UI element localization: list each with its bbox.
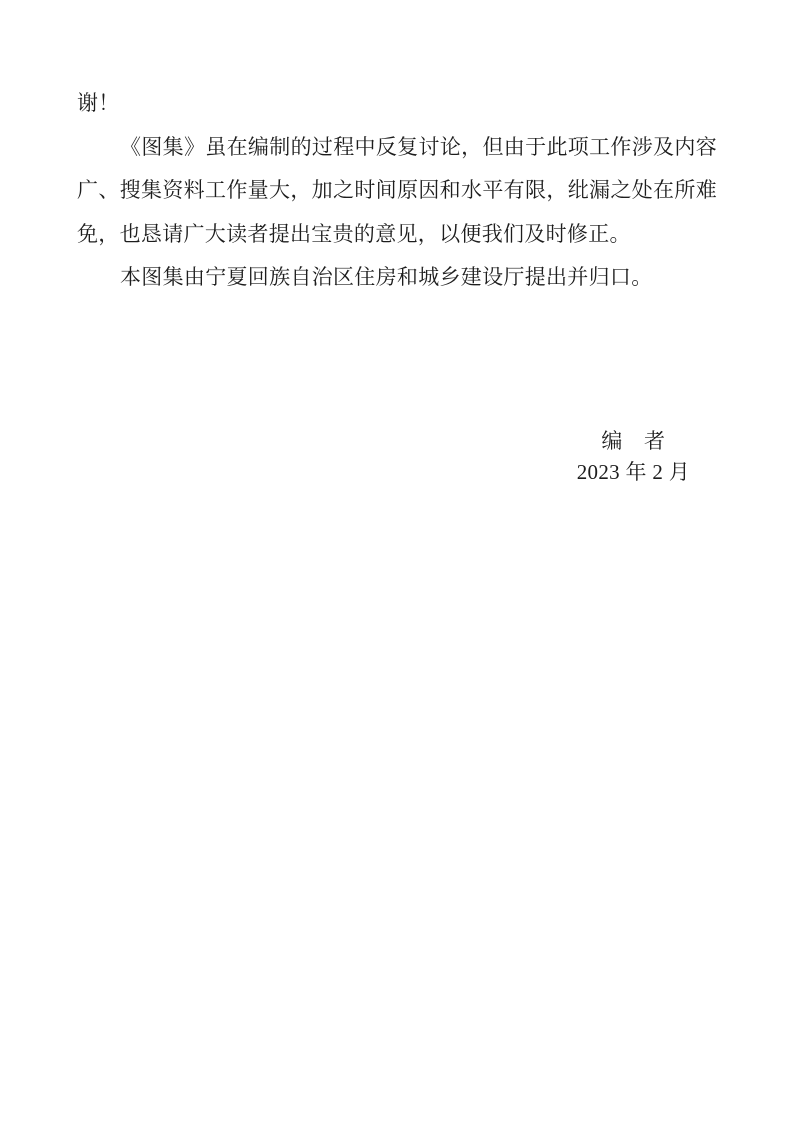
text-line-paragraph-middle: 广、搜集资料工作量大，加之时间原因和水平有限，纰漏之处在所难 <box>77 169 717 213</box>
signature-author: 编 者 <box>577 426 690 457</box>
text-line-authority: 本图集由宁夏回族自治区住房和城乡建设厅提出并归口。 <box>77 256 717 300</box>
body-text: 谢！ 《图集》虽在编制的过程中反复讨论，但由于此项工作涉及内容 广、搜集资料工作… <box>77 82 717 300</box>
text-line-paragraph-start: 《图集》虽在编制的过程中反复讨论，但由于此项工作涉及内容 <box>77 126 717 170</box>
document-page: 谢！ 《图集》虽在编制的过程中反复讨论，但由于此项工作涉及内容 广、搜集资料工作… <box>0 0 794 1123</box>
signature-block: 编 者 2023 年 2 月 <box>577 426 690 488</box>
text-line-paragraph-end: 免，也恳请广大读者提出宝贵的意见，以便我们及时修正。 <box>77 213 717 257</box>
signature-date: 2023 年 2 月 <box>577 457 690 488</box>
text-line-thanks: 谢！ <box>77 82 717 126</box>
